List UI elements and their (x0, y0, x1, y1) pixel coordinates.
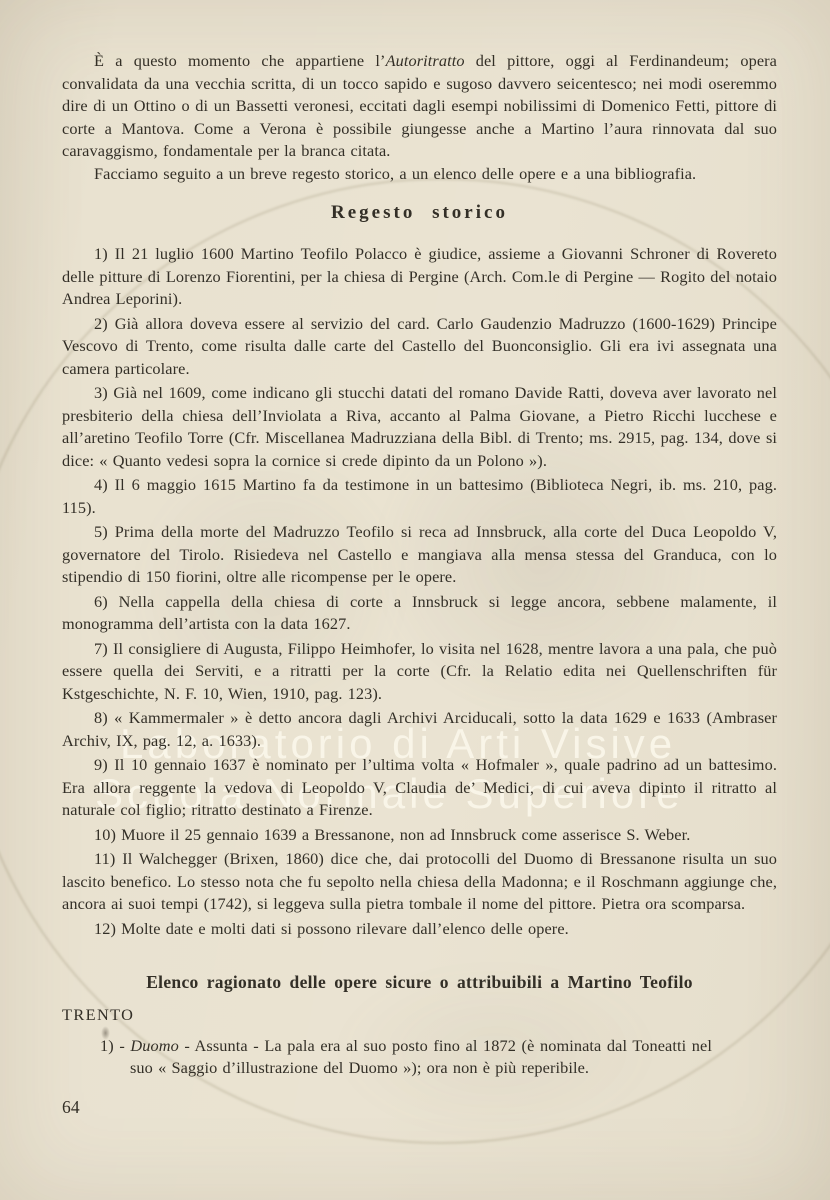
regesto-item-1: 1) Il 21 luglio 1600 Martino Teofilo Pol… (62, 243, 777, 311)
regesto-storico-heading: Regesto storico (62, 201, 777, 225)
text-block: È a questo momento che appartiene l’Auto… (62, 50, 777, 1118)
regesto-item-5: 5) Prima della morte del Madruzzo Teofil… (62, 521, 777, 589)
page-number: 64 (62, 1096, 777, 1119)
intro-paragraph-2: Facciamo seguito a un breve regesto stor… (62, 163, 777, 186)
scanned-book-page: Laboratorio di Arti Visive Scuola Normal… (0, 0, 830, 1200)
regesto-item-7: 7) Il consigliere di Augusta, Filippo He… (62, 638, 777, 706)
regesto-item-6: 6) Nella cappella della chiesa di corte … (62, 591, 777, 636)
regesto-item-9: 9) Il 10 gennaio 1637 è nominato per l’u… (62, 754, 777, 822)
regesto-item-12: 12) Molte date e molti dati si possono r… (62, 918, 777, 941)
regesto-item-2: 2) Già allora doveva essere al servizio … (62, 313, 777, 381)
regesto-item-3: 3) Già nel 1609, come indicano gli stucc… (62, 382, 777, 472)
intro-paragraph-1-run: È a questo momento che appartiene l’ (94, 51, 386, 70)
opera-item-1-run: - Assunta - La pala era al suo posto fin… (130, 1036, 712, 1078)
italic-run-duomo: Duomo (130, 1036, 178, 1055)
ink-blot (101, 1026, 110, 1040)
intro-paragraph-1: È a questo momento che appartiene l’Auto… (62, 50, 777, 163)
regesto-item-8: 8) « Kammermaler » è detto ancora dagli … (62, 707, 777, 752)
italic-run-autoritratto: Autoritratto (386, 51, 465, 70)
opera-item-1: 1) - Duomo - Assunta - La pala era al su… (130, 1035, 712, 1080)
elenco-heading: Elenco ragionato delle opere sicure o at… (62, 970, 777, 994)
elenco-location-trento: TRENTO (62, 1004, 777, 1027)
regesto-item-11: 11) Il Walchegger (Brixen, 1860) dice ch… (62, 848, 777, 916)
regesto-item-10: 10) Muore il 25 gennaio 1639 a Bressanon… (62, 824, 777, 847)
regesto-item-4: 4) Il 6 maggio 1615 Martino fa da testim… (62, 474, 777, 519)
